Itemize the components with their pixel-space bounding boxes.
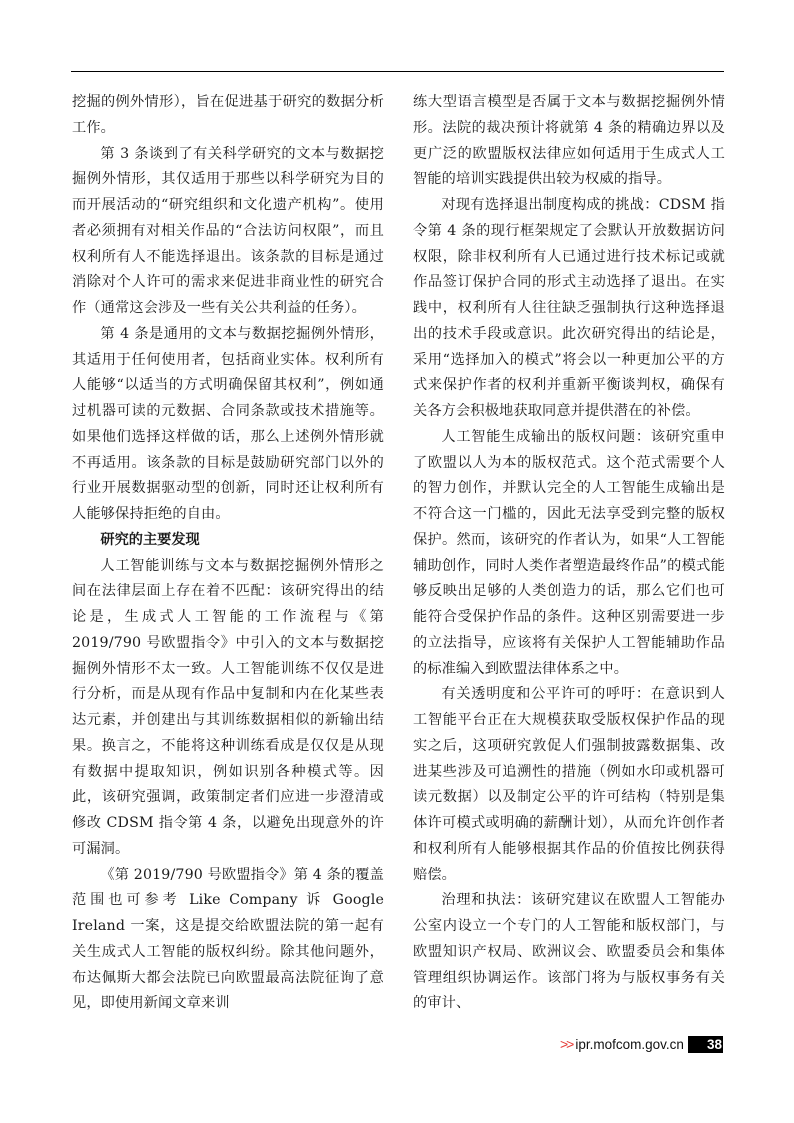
paragraph-ai-output-copyright: 人工智能生成输出的版权问题：该研究重申了欧盟以人为本的版权范式。这个范式需要个人… — [413, 425, 725, 683]
paragraph-continuation: 练大型语言模型是否属于文本与数据挖掘例外情形。法院的裁决预计将就第 4 条的精确… — [413, 90, 725, 193]
paragraph-like-company-case: 《第 2019/790 号欧盟指令》第 4 条的覆盖范围也可参考 Like Co… — [72, 863, 384, 1018]
paragraph-article-4: 第 4 条是通用的文本与数据挖掘例外情形，其适用于任何使用者，包括商业实体。权利… — [72, 322, 384, 528]
paragraph-transparency-licensing: 有关透明度和公平许可的呼吁：在意识到人工智能平台正在大规模获取受版权保护作品的现… — [413, 682, 725, 888]
section-heading: 研究的主要发现 — [72, 528, 384, 554]
left-column: 挖掘的例外情形），旨在促进基于研究的数据分析工作。 第 3 条谈到了有关科学研究… — [72, 90, 384, 1017]
footer: >> ipr.mofcom.gov.cn — [560, 1034, 684, 1054]
site-url: ipr.mofcom.gov.cn — [575, 1037, 684, 1052]
paragraph-governance: 治理和执法：该研究建议在欧盟人工智能办公室内设立一个专门的人工智能和版权部门，与… — [413, 888, 725, 1017]
header-rule — [71, 71, 724, 72]
right-column: 练大型语言模型是否属于文本与数据挖掘例外情形。法院的裁决预计将就第 4 条的精确… — [413, 90, 725, 1017]
double-chevron-icon: >> — [560, 1036, 572, 1052]
paragraph-continuation: 挖掘的例外情形），旨在促进基于研究的数据分析工作。 — [72, 90, 384, 142]
paragraph-opt-out-challenge: 对现有选择退出制度构成的挑战：CDSM 指令第 4 条的现行框架规定了会默认开放… — [413, 193, 725, 425]
page-number: 38 — [688, 1036, 723, 1053]
paragraph-article-3: 第 3 条谈到了有关科学研究的文本与数据挖掘例外情形，其仅适用于那些以科学研究为… — [72, 142, 384, 322]
paragraph-ai-training-mismatch: 人工智能训练与文本与数据挖掘例外情形之间在法律层面上存在着不匹配：该研究得出的结… — [72, 554, 384, 863]
